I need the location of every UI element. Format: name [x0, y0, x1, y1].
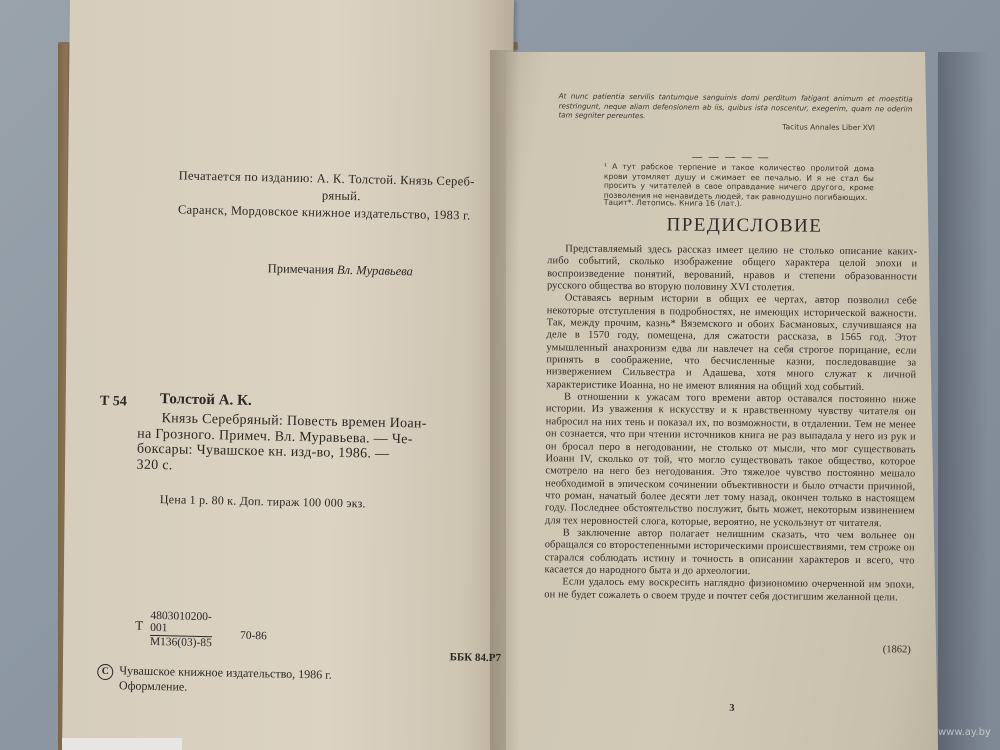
paragraph: Если удалось ему воскресить наглядно физ…	[544, 577, 914, 605]
paragraph: В заключение автор полагает нелишним ска…	[544, 527, 914, 580]
right-page-content: At nunc patientia servilis tantumque san…	[0, 0, 1000, 750]
paper-strip	[62, 738, 182, 750]
chapter-title: ПРЕДИСЛОВИЕ	[666, 214, 822, 237]
epigraph-source: Tacitus Annales Liber XVI	[782, 122, 875, 132]
page-number: 3	[729, 703, 734, 714]
watermark: www.ay.by	[938, 727, 991, 738]
preface-year: (1862)	[883, 644, 911, 655]
preface-body: Представляемый здесь рассказ имеет целию…	[544, 243, 917, 604]
divider: — — — — —	[692, 152, 770, 164]
paragraph: В отношении к ужасам того времени автор …	[545, 391, 916, 530]
translation-footnote: ¹ А тут рабское терпение и такое количес…	[604, 162, 874, 203]
paragraph: Представляемый здесь рассказ имеет целию…	[547, 243, 917, 296]
paragraph: Оставаясь верным истории в общих ее черт…	[546, 293, 917, 395]
footnote-source: Тацит*. Летопись. Книга 16 (лат.).	[604, 198, 742, 208]
latin-epigraph: At nunc patientia servilis tantumque san…	[540, 91, 912, 123]
epigraph-text: At nunc patientia servilis tantumque san…	[540, 91, 912, 123]
